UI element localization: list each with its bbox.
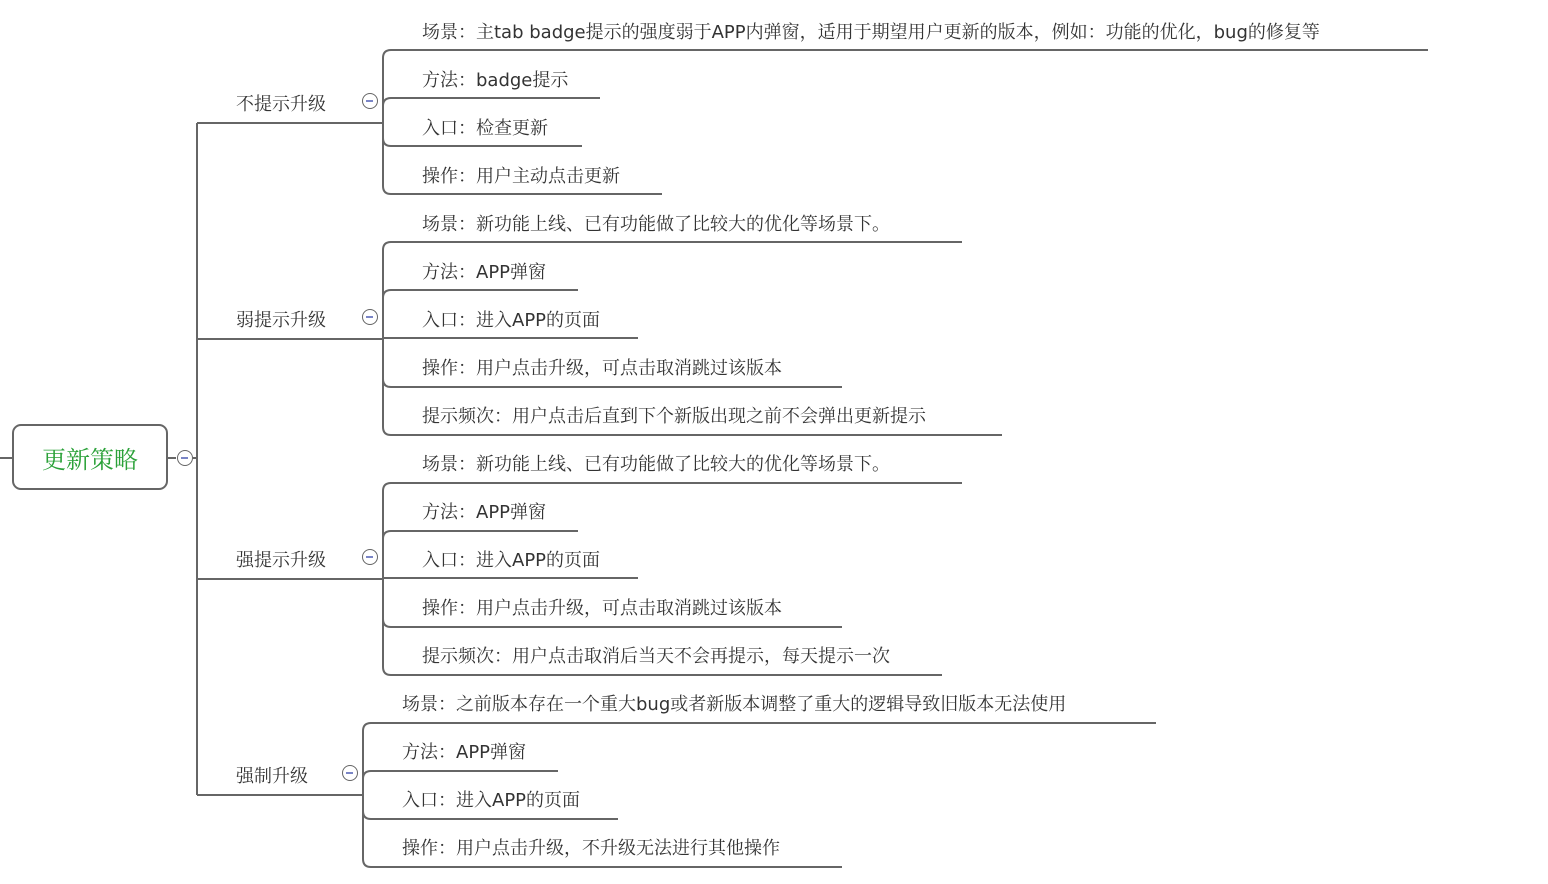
branch-topic-weak-prompt[interactable]: 弱提示升级 — [236, 306, 326, 332]
collapse-minus-circle-icon[interactable] — [177, 450, 193, 466]
leaf-topic[interactable]: 入口：进入APP的页面 — [422, 306, 600, 332]
leaf-topic[interactable]: 方法：APP弹窗 — [402, 738, 526, 764]
leaf-topic[interactable]: 入口：进入APP的页面 — [402, 786, 580, 812]
leaf-topic[interactable]: 操作：用户点击升级，不升级无法进行其他操作 — [402, 834, 780, 860]
branch-topic-no-prompt[interactable]: 不提示升级 — [236, 90, 326, 116]
branch-topic-strong-prompt[interactable]: 强提示升级 — [236, 546, 326, 572]
leaf-topic[interactable]: 场景：新功能上线、已有功能做了比较大的优化等场景下。 — [422, 210, 890, 236]
leaf-topic[interactable]: 入口：检查更新 — [422, 114, 548, 140]
connector-lines — [0, 0, 1548, 884]
root-topic-label: 更新策略 — [42, 440, 138, 475]
collapse-minus-circle-icon[interactable] — [362, 309, 378, 325]
collapse-minus-circle-icon[interactable] — [362, 549, 378, 565]
leaf-topic[interactable]: 提示频次：用户点击取消后当天不会再提示，每天提示一次 — [422, 642, 890, 668]
leaf-topic[interactable]: 入口：进入APP的页面 — [422, 546, 600, 572]
leaf-topic[interactable]: 操作：用户点击升级，可点击取消跳过该版本 — [422, 354, 782, 380]
leaf-topic[interactable]: 提示频次：用户点击后直到下个新版出现之前不会弹出更新提示 — [422, 402, 926, 428]
leaf-topic[interactable]: 方法：badge提示 — [422, 66, 568, 92]
leaf-topic[interactable]: 操作：用户主动点击更新 — [422, 162, 620, 188]
root-topic[interactable]: 更新策略 — [12, 424, 168, 490]
leaf-topic[interactable]: 场景：主tab badge提示的强度弱于APP内弹窗，适用于期望用户更新的版本，… — [422, 18, 1320, 44]
leaf-topic[interactable]: 方法：APP弹窗 — [422, 498, 546, 524]
leaf-topic[interactable]: 方法：APP弹窗 — [422, 258, 546, 284]
leaf-topic[interactable]: 场景：新功能上线、已有功能做了比较大的优化等场景下。 — [422, 450, 890, 476]
collapse-minus-circle-icon[interactable] — [342, 765, 358, 781]
leaf-topic[interactable]: 场景：之前版本存在一个重大bug或者新版本调整了重大的逻辑导致旧版本无法使用 — [402, 690, 1066, 716]
leaf-topic[interactable]: 操作：用户点击升级，可点击取消跳过该版本 — [422, 594, 782, 620]
branch-topic-forced-upgrade[interactable]: 强制升级 — [236, 762, 308, 788]
collapse-minus-circle-icon[interactable] — [362, 93, 378, 109]
